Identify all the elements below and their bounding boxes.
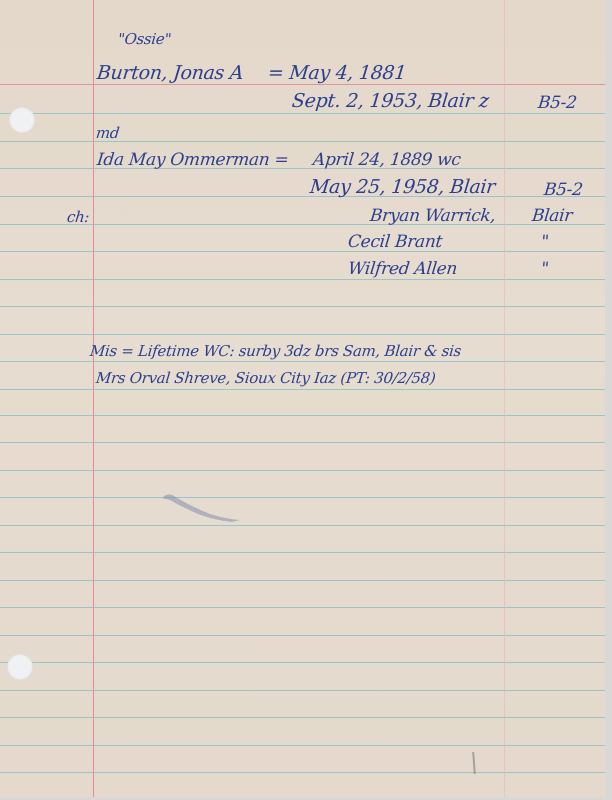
ruled-line [0,607,605,608]
ruled-line [0,580,605,581]
child-place: " [540,232,550,252]
child-name: Cecil Brant [347,232,443,252]
note-line: Mrs Orval Shreve, Sioux City Iaz (PT: 30… [95,369,436,387]
right-margin-line [504,0,505,797]
nickname: "Ossie" [117,30,172,48]
pencil-mark [472,752,476,774]
notebook-page: "Ossie" Burton, Jonas A = May 4, 1881 Se… [0,0,605,797]
spouse-name: Ida May Ommerman = [96,150,290,170]
ruled-line [0,141,605,142]
ruled-line [0,279,605,280]
ruled-line [0,361,605,362]
subject-death: Sept. 2, 1953, Blair z [291,90,490,112]
ruled-line [0,415,605,416]
spouse-plot: B5-2 [543,180,584,200]
ruled-line [0,334,605,335]
children-label: ch: [66,208,90,226]
top-red-rule [0,84,605,85]
ruled-line [0,168,605,169]
ruled-line [0,552,605,553]
ruled-line [0,224,605,225]
punch-hole [9,107,35,133]
ruled-line [0,306,605,307]
ruled-line [0,525,605,526]
subject-name: Burton, Jonas A [96,62,245,84]
ruled-line [0,113,605,114]
ruled-line [0,389,605,390]
ruled-line [0,470,605,471]
child-name: Bryan Warrick, [369,206,497,226]
child-name: Wilfred Allen [347,259,458,279]
ruled-line [0,690,605,691]
ruled-line [0,635,605,636]
ruled-line [0,196,605,197]
ruled-line [0,662,605,663]
spouse-death: May 25, 1958, Blair [309,176,496,198]
ruled-line [0,442,605,443]
ink-smudge [160,492,245,524]
ruled-line [0,717,605,718]
ruled-line [0,251,605,252]
ruled-line [0,772,605,773]
note-line: Mis = Lifetime WC: surby 3dz brs Sam, Bl… [89,342,462,360]
ruled-line [0,745,605,746]
punch-hole [7,654,33,680]
subject-plot: B5-2 [537,93,578,113]
married-label: md [95,124,120,142]
subject-birth: = May 4, 1881 [267,62,407,84]
spouse-birth: April 24, 1889 wc [312,150,462,170]
left-margin-line [93,0,94,797]
child-place: " [540,259,550,279]
ruled-line [0,497,605,498]
child-place: Blair [531,206,573,226]
